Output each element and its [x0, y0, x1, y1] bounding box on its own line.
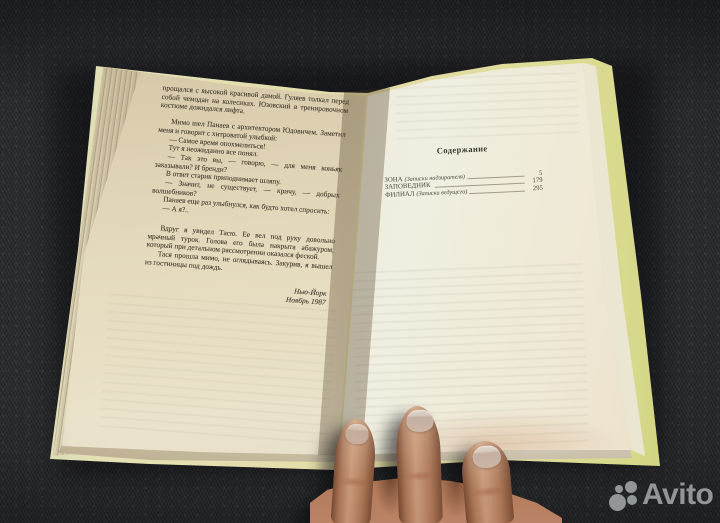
- avito-logo-icon: [608, 479, 639, 512]
- fingernail: [345, 423, 369, 445]
- ring-finger: [459, 439, 514, 523]
- fingernail: [472, 445, 502, 469]
- logo-circle: [609, 494, 626, 511]
- index-finger: [330, 418, 377, 523]
- fingernail: [406, 409, 434, 432]
- logo-circle: [627, 495, 637, 505]
- middle-finger: [395, 405, 443, 523]
- hand: [0, 0, 720, 523]
- avito-watermark-text: Avito: [642, 480, 713, 510]
- avito-watermark: Avito: [608, 477, 713, 513]
- book-photo: прощался с высокой красивой дамой. Гуляе…: [0, 0, 720, 523]
- logo-circle: [615, 485, 623, 493]
- logo-circle: [625, 481, 637, 493]
